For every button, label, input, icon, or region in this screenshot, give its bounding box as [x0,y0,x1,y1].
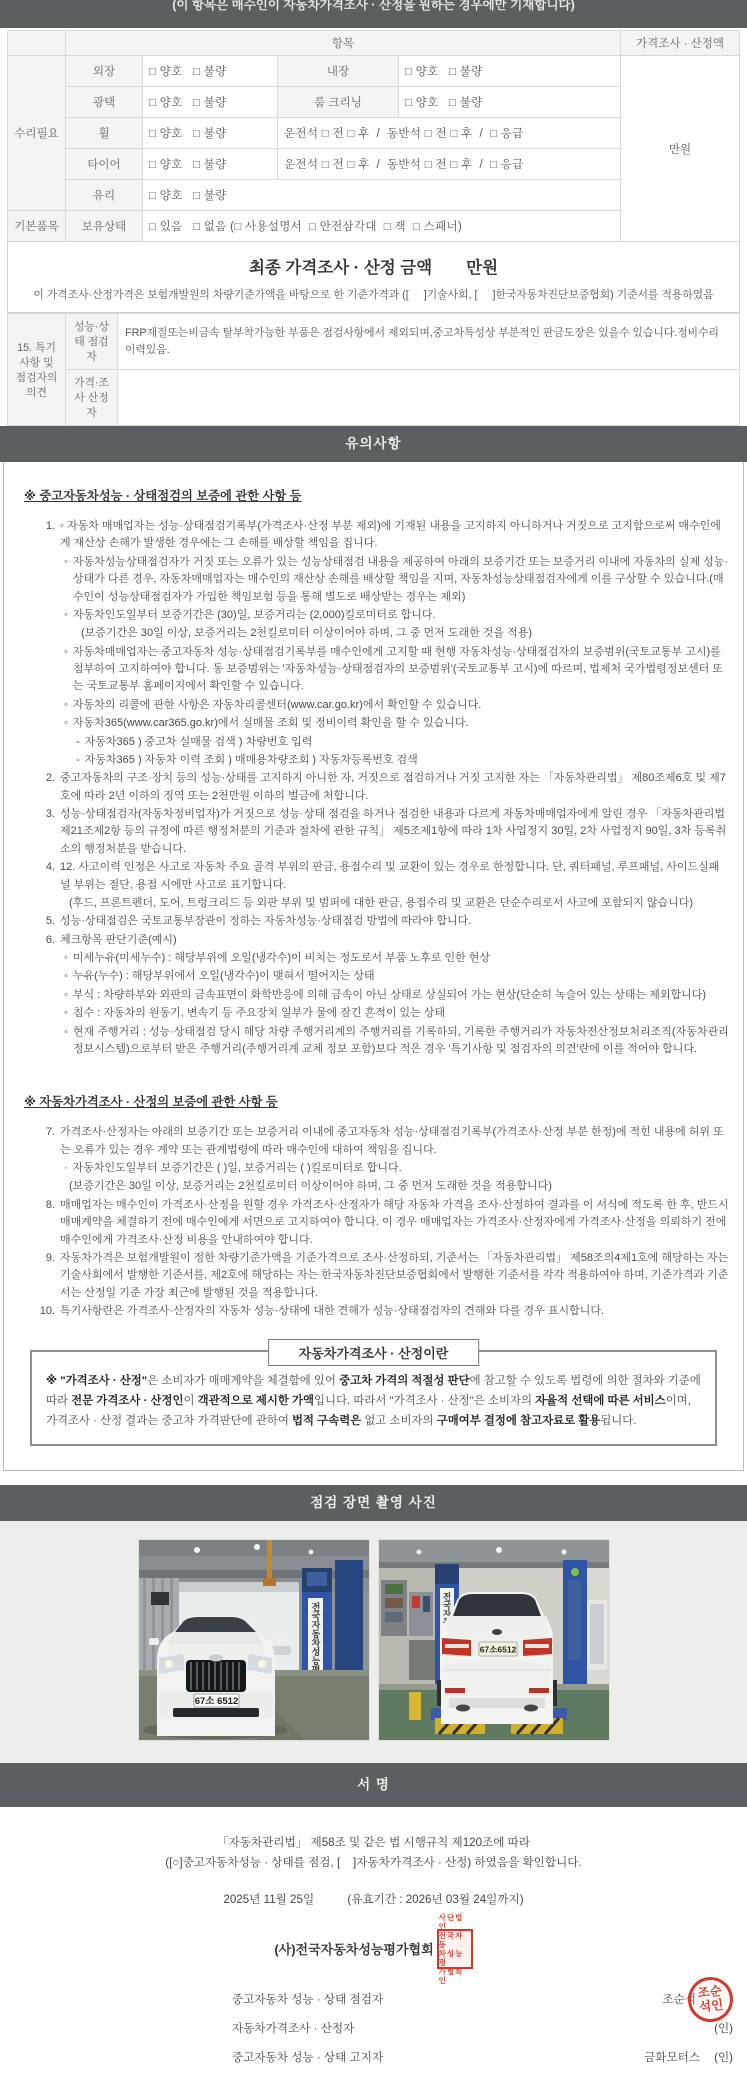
notice-section-bar: 유의사항 [0,426,747,462]
notice-line: 3. 성능·상태점검자(자동차정비업자)가 거짓으로 성능·상태 점검을 하거나… [18,806,729,858]
table-row: 15. 특기사항 및 점검자의 의견 성능·상태 점검자 FRP재질또는비금속 … [8,314,740,370]
notice-text: 자동차가격은 보험개발원이 정한 차량기준가액을 기준가격으로 조사·산정하되,… [60,1250,729,1302]
notice-line: 1. ◦ 자동차 매매업자는 성능·상태점검기록부(가격조사·산정 부분 제외)… [18,518,729,553]
notice-marker: 10. [38,1303,55,1320]
info-box-text-run: 중고차 가격의 적절성 판단 [339,1375,470,1387]
notice-text: 미세누유(미세누수) : 해당부위에 오일(냉각수)이 비치는 정도로서 부품 … [73,950,490,967]
notice-marker: ◦ [64,968,68,985]
row-label-exterior: 외장 [66,56,143,87]
inspector-opinion-text: FRP재질또는비금속 탈부착가능한 부품은 점검사항에서 제외되며,중고차특성상… [118,314,740,370]
notice-text: 자동차의 리콜에 관한 사항은 자동차리콜센터(www.car.go.kr)에서… [73,697,481,714]
notice-line: ◦ 부식 : 차량하부와 외판의 금속표면이 화학반응에 의해 금속이 아닌 상… [18,987,729,1004]
polish-status-checkboxes: □ 양호 □ 불량 [143,87,278,118]
group-label-basic-items: 기본품목 [8,211,66,242]
notice-marker: 5. [38,913,55,930]
notice-marker: ◦ [64,644,68,696]
notice-text: 자동차365 ) 중고차 실매물 검색 ) 차량번호 입력 [85,734,313,751]
notice-text: 성능·상태점검은 국토교통부장관이 정하는 자동차성능·상태점검 방법에 따라야… [60,913,471,930]
notice-line: 9. 자동차가격은 보험개발원이 정한 차량기준가액을 기준가격으로 조사·산정… [18,1250,729,1302]
notice-marker: ◦ [64,715,68,732]
info-box-text-run: 됩니다. [600,1415,636,1427]
appraiser-opinion-text [118,370,740,426]
notice-line: ◦ 현재 주행거리 : 성능·상태점검 당시 해당 차량 주행거리계의 주행거리… [18,1024,729,1059]
info-box-paragraph: ※ "가격조사 · 산정"은 소비자가 매매계약을 체결함에 있어 중고차 가격… [46,1372,701,1432]
row-label-wheel: 휠 [66,118,143,149]
notice-text: 성능·상태점검자(자동차정비업자)가 거짓으로 성능·상태 점검을 하거나 점검… [60,806,729,858]
signature-section: 「자동차관리법」 제58조 및 같은 법 시행규칙 제120조에 따라 ([○]… [0,1807,747,2081]
notice-text: 자동차성능상태점검자가 거짓 또는 오류가 있는 성능상태점검 내용을 제공하여… [73,554,729,606]
notice-marker: 3. [38,806,55,858]
row-label-interior: 내장 [278,56,399,87]
info-box-text-run: 객관적으로 제시한 가액 [198,1395,314,1407]
info-box-text-run: 은 소비자가 매매계약을 체결함에 있어 [147,1375,339,1387]
row-label-polish: 광택 [66,87,143,118]
notice-text: 12. 사고이력 인정은 사고로 자동차 주요 골격 부위의 판금, 용접수리 … [60,859,729,894]
row-label-possession-state: 보유상태 [66,211,143,242]
date-line: 2025년 11월 25일 (유효기간 : 2026년 03월 24일까지) [0,1891,747,1907]
notice-text: 자동차인도일부터 보증기간은 ( )일, 보증거리는 ( )킬로미터로 합니다. [73,1160,402,1177]
wheel-status-checkboxes: □ 양호 □ 불량 [143,118,278,149]
notice-marker: ◦ [64,987,68,1004]
notice-line: ◦ 자동차인도일부터 보증기간은 (30)일, 보증거리는 (2,000)킬로미… [18,607,729,624]
final-price-title: 최종 가격조사 · 산정 금액만원 [18,254,729,278]
basic-items-checkboxes: □ 있음 □ 없음 (□ 사용설명서 □ 안전삼각대 □ 잭 □ 스패너) [143,211,621,242]
notice-line: 8. 매매업자는 매수인이 가격조사·산정을 원할 경우 가격조사·산정자가 해… [18,1197,729,1249]
validity-period: (유효기간 : 2026년 03월 24일까지) [347,1893,523,1906]
license-plate-rear: 67소6512 [479,1645,516,1655]
special-notes-label: 15. 특기사항 및 점검자의 의견 [8,314,66,426]
signature-section-bar: 서 명 [0,1763,747,1807]
notice-text: (보증기간은 30일 이상, 보증거리는 2천킬로미터 이상이어야 하며, 그 … [69,1178,552,1195]
notice-marker: 1. [38,518,55,553]
vehicle-inspection-document: (이 항목은 매수인이 자동차가격조사 · 산정을 원하는 경우에만 기재합니다… [0,0,747,2082]
inspector-role-label: 성능·상태 점검자 [66,314,118,370]
notice-line: ◦ 미세누유(미세누수) : 해당부위에 오일(냉각수)이 비치는 정도로서 부… [18,950,729,967]
notice-marker: 7. [38,1124,55,1159]
tire-status-checkboxes: □ 양호 □ 불량 [143,149,278,180]
interior-status-checkboxes: □ 양호 □ 불량 [399,56,621,87]
notice-marker: - [76,734,80,751]
notice-marker: · [64,1160,68,1177]
row-label-glass: 유리 [66,180,143,211]
notice-line: ◦ 자동차365(www.car365.go.kr)에서 실매물 조회 및 정비… [18,715,729,732]
association-line: (사)전국자동차성능평가협회 사단법인 전국자동 차성능평 가협회인 [0,1929,747,1969]
notice-marker: 8. [38,1197,55,1249]
tire-position-checkboxes: 운전석 □ 전 □ 후 / 동반석 □ 전 □ 후 / □ 응급 [278,149,621,180]
notice-heading-performance: ※ 중고자동차성능 · 상태점검의 보증에 관한 사항 등 [24,486,729,504]
price-unit-cell: 만원 [621,56,740,242]
license-plate-front: 67소 6512 [194,1696,238,1707]
notice-line: (보증기간은 30일 이상, 보증거리는 2천킬로미터 이상이어야 하며, 그 … [18,1178,729,1195]
notice-line: (보증기간은 30일 이상, 보증거리는 2천킬로미터 이상이어야 하며, 그 … [18,625,729,642]
info-box-title: 자동차가격조사 · 산정이란 [268,1339,480,1366]
inspection-photo-rear: 전국자동차성능평가협회 [378,1539,610,1741]
issue-date: 2025년 11월 25일 [223,1893,314,1906]
notice-marker: ◦ [64,554,68,606]
notice-line: ◦ 누유(누수) : 해당부위에서 오일(냉각수)이 맺혀서 떨어지는 상태 [18,968,729,985]
final-price-note: 이 가격조사·산정가격은 보험개발원의 차량기준가액을 바탕으로 한 기준가격과… [18,287,729,302]
law-reference-line: 「자동차관리법」 제58조 및 같은 법 시행규칙 제120조에 따라 [0,1833,747,1853]
room-cleaning-status-checkboxes: □ 양호 □ 불량 [399,87,621,118]
notice-marker: 9. [38,1250,55,1302]
info-box-text-run: ※ "가격조사 · 산정" [46,1375,147,1387]
notice-text: 매매업자는 매수인이 가격조사·산정을 원할 경우 가격조사·산정자가 해당 자… [60,1197,729,1249]
photos-section-bar: 점검 장면 촬영 사진 [0,1485,747,1521]
exterior-status-checkboxes: □ 양호 □ 불량 [143,56,278,87]
info-box-text-run: 법적 구속력은 [292,1415,361,1427]
header-price-cell: 가격조사 · 산정액 [621,31,740,56]
notice-text: 현재 주행거리 : 성능·상태점검 당시 해당 차량 주행거리계의 주행거리를 … [73,1024,729,1059]
table-row: 가격·조사 산정자 [8,370,740,426]
notice-marker: ◦ [64,607,68,624]
notice-text: 가격조사·산정자는 아래의 보증기간 또는 보증거리 이내에 중고자동차 성능·… [60,1124,729,1159]
info-box-text-run: 구매여부 결정에 참고자료로 활용 [437,1415,601,1427]
inspector-round-seal-icon: 조순 석인 [686,1974,735,2023]
association-square-seal-icon: 사단법인 전국자동 차성능평 가협회인 [437,1929,473,1969]
notice-text: 자동차365(www.car365.go.kr)에서 실매물 조회 및 정비이력… [73,715,469,732]
notice-line: (후드, 프론트펜더, 도어, 트렁크리드 등 외판 부위 및 범퍼에 대한 판… [18,895,729,912]
final-price-unit: 만원 [466,259,498,277]
notice-list-price: 7. 가격조사·산정자는 아래의 보증기간 또는 보증거리 이내에 중고자동차 … [18,1124,729,1320]
notice-line: 6. 체크항목 판단기준(예시) [18,932,729,949]
notice-heading-price: ※ 자동차가격조사 · 산정의 보증에 관한 사항 등 [24,1092,729,1110]
notice-line: ◦ 자동차매매업자는 중고자동차 성능·상태점검기록부를 매수인에게 고지할 때… [18,644,729,696]
notice-marker: - [76,752,80,769]
stamp-placeholder: (인) [714,2020,733,2036]
notice-line: 5. 성능·상태점검은 국토교통부장관이 정하는 자동차성능·상태점검 방법에 … [18,913,729,930]
confirmation-line: ([○]중고자동차성능 · 상태를 점검, [ ]자동차가격조사 · 산정) 하… [0,1853,747,1873]
notice-section: ※ 중고자동차성능 · 상태점검의 보증에 관한 사항 등 1. ◦ 자동차 매… [3,462,744,1471]
wheel-position-checkboxes: 운전석 □ 전 □ 후 / 동반석 □ 전 □ 후 / □ 응급 [278,118,621,149]
notice-text: 누유(누수) : 해당부위에서 오일(냉각수)이 맺혀서 떨어지는 상태 [73,968,375,985]
signer-label: 자동차가격조사 · 산정자 [232,2020,354,2036]
garage-front-view-illustration: 전국자동차성능평가협회 [139,1540,369,1740]
inspection-photo-front: 전국자동차성능평가협회 [138,1539,370,1741]
notice-text: 체크항목 판단기준(예시) [60,932,177,949]
notice-text: 특기사항란은 가격조사·산정자의 자동차 성능·상태에 대한 견해가 성능·상태… [60,1303,604,1320]
white-car-rear: 67소6512 [437,1592,557,1724]
signer-rows: 중고자동차 성능 · 상태 점검자 조순석 조순 석인 자동차가격조사 · 산정… [232,1985,733,2072]
top-note-text: (이 항목은 매수인이 자동차가격조사 · 산정을 원하는 경우에만 기재합니다… [0,0,747,13]
notice-text: 부식 : 차량하부와 외판의 금속표면이 화학반응에 의해 금속이 아닌 상태로… [73,987,706,1004]
notice-line: ◦ 자동차의 리콜에 관한 사항은 자동차리콜센터(www.car.go.kr)… [18,697,729,714]
association-name: (사)전국자동차성능평가협회 [274,1939,433,1958]
final-price-section: 최종 가격조사 · 산정 금액만원 이 가격조사·산정가격은 보험개발원의 차량… [7,242,740,313]
notice-line: 10. 특기사항란은 가격조사·산정자의 자동차 성능·상태에 대한 견해가 성… [18,1303,729,1320]
notice-text: 자동차365 ) 자동차 이력 조회 ) 매매용차량조회 ) 자동차등록번호 검… [85,752,418,769]
notice-text: (후드, 프론트펜더, 도어, 트렁크리드 등 외판 부위 및 범퍼에 대한 판… [69,895,693,912]
table-row: 수리필요 외장 □ 양호 □ 불량 내장 □ 양호 □ 불량 만원 [8,56,740,87]
row-label-room-cleaning: 룸 크리닝 [278,87,399,118]
notice-line: · 자동차인도일부터 보증기간은 ( )일, 보증거리는 ( )킬로미터로 합니… [18,1160,729,1177]
top-note-bar: (이 항목은 매수인이 자동차가격조사 · 산정을 원하는 경우에만 기재합니다… [0,0,747,28]
group-label-repair-needed: 수리필요 [8,56,66,211]
header-blank-cell [8,31,66,56]
info-box-text-run: 전문 가격조사 · 산정인 [71,1395,183,1407]
info-box-text-run: 없고 소비자의 [361,1415,437,1427]
notice-text: 자동차인도일부터 보증기간은 (30)일, 보증거리는 (2,000)킬로미터로… [73,607,436,624]
repair-table: 항목 가격조사 · 산정액 수리필요 외장 □ 양호 □ 불량 내장 □ 양호 … [7,30,740,242]
notice-marker: ◦ [64,1024,68,1059]
garage-rear-view-illustration: 전국자동차성능평가협회 [379,1540,609,1740]
notice-line: 7. 가격조사·산정자는 아래의 보증기간 또는 보증거리 이내에 중고자동차 … [18,1124,729,1159]
signer-row-inspector: 중고자동차 성능 · 상태 점검자 조순석 조순 석인 [232,1985,733,2014]
notice-text: (보증기간은 30일 이상, 보증거리는 2천킬로미터 이상이어야 하며, 그 … [81,625,532,642]
notice-text: 자동차매매업자는 중고자동차 성능·상태점검기록부를 매수인에게 고지할 때 현… [73,644,729,696]
notice-line: - 자동차365 ) 중고차 실매물 검색 ) 차량번호 입력 [18,734,729,751]
signer-label: 중고자동차 성능 · 상태 점검자 [232,1991,383,2007]
price-appraisal-info-box: 자동차가격조사 · 산정이란 ※ "가격조사 · 산정"은 소비자가 매매계약을… [30,1350,717,1446]
info-box-text-run: 이 [184,1395,198,1407]
notice-marker: 6. [38,932,55,949]
dealer-name: 금화모터스 [644,2049,700,2065]
notice-line: 4. 12. 사고이력 인정은 사고로 자동차 주요 골격 부위의 판금, 용접… [18,859,729,894]
glass-status-checkboxes: □ 양호 □ 불량 [143,180,621,211]
notice-marker: 2. [38,770,55,805]
notice-marker: ◦ [64,950,68,967]
notice-marker: ◦ [64,697,68,714]
signer-row-appraiser: 자동차가격조사 · 산정자 (인) [232,2014,733,2043]
info-box-text-run: 입니다. 따라서 "가격조사 · 산정"은 소비자의 [314,1395,535,1407]
notice-line: ◦ 침수 : 자동차의 원동기, 변속기 등 주요장치 일부가 물에 잠긴 흔적… [18,1005,729,1022]
info-box-text-run: 자율적 선택에 따른 서비스 [535,1395,666,1407]
notice-marker: ◦ [64,1005,68,1022]
signer-label: 중고자동차 성능 · 상태 고지자 [232,2049,383,2065]
notice-text: 중고자동차의 구조·장치 등의 성능·상태를 고지하지 아니한 자, 거짓으로 … [60,770,729,805]
repair-table-header: 항목 가격조사 · 산정액 [8,31,740,56]
notice-line: ◦ 자동차성능상태점검자가 거짓 또는 오류가 있는 성능상태점검 내용을 제공… [18,554,729,606]
stamp-placeholder: (인) [714,2049,733,2065]
notice-list-performance: 1. ◦ 자동차 매매업자는 성능·상태점검기록부(가격조사·산정 부분 제외)… [18,518,729,1058]
special-notes-table: 15. 특기사항 및 점검자의 의견 성능·상태 점검자 FRP재질또는비금속 … [7,313,740,426]
notice-text: 침수 : 자동차의 원동기, 변속기 등 주요장치 일부가 물에 잠긴 흔적이 … [73,1005,445,1022]
notice-line: - 자동차365 ) 자동차 이력 조회 ) 매매용차량조회 ) 자동차등록번호… [18,752,729,769]
signer-row-notifier: 중고자동차 성능 · 상태 고지자 금화모터스 (인) [232,2043,733,2072]
photos-section: 전국자동차성능평가협회 [0,1521,747,1763]
notice-line: 2. 중고자동차의 구조·장치 등의 성능·상태를 고지하지 아니한 자, 거짓… [18,770,729,805]
notice-text: ◦ 자동차 매매업자는 성능·상태점검기록부(가격조사·산정 부분 제외)에 기… [60,518,729,553]
notice-marker: 4. [38,859,55,894]
header-item-cell: 항목 [66,31,621,56]
appraiser-role-label: 가격·조사 산정자 [66,370,118,426]
row-label-tire: 타이어 [66,149,143,180]
